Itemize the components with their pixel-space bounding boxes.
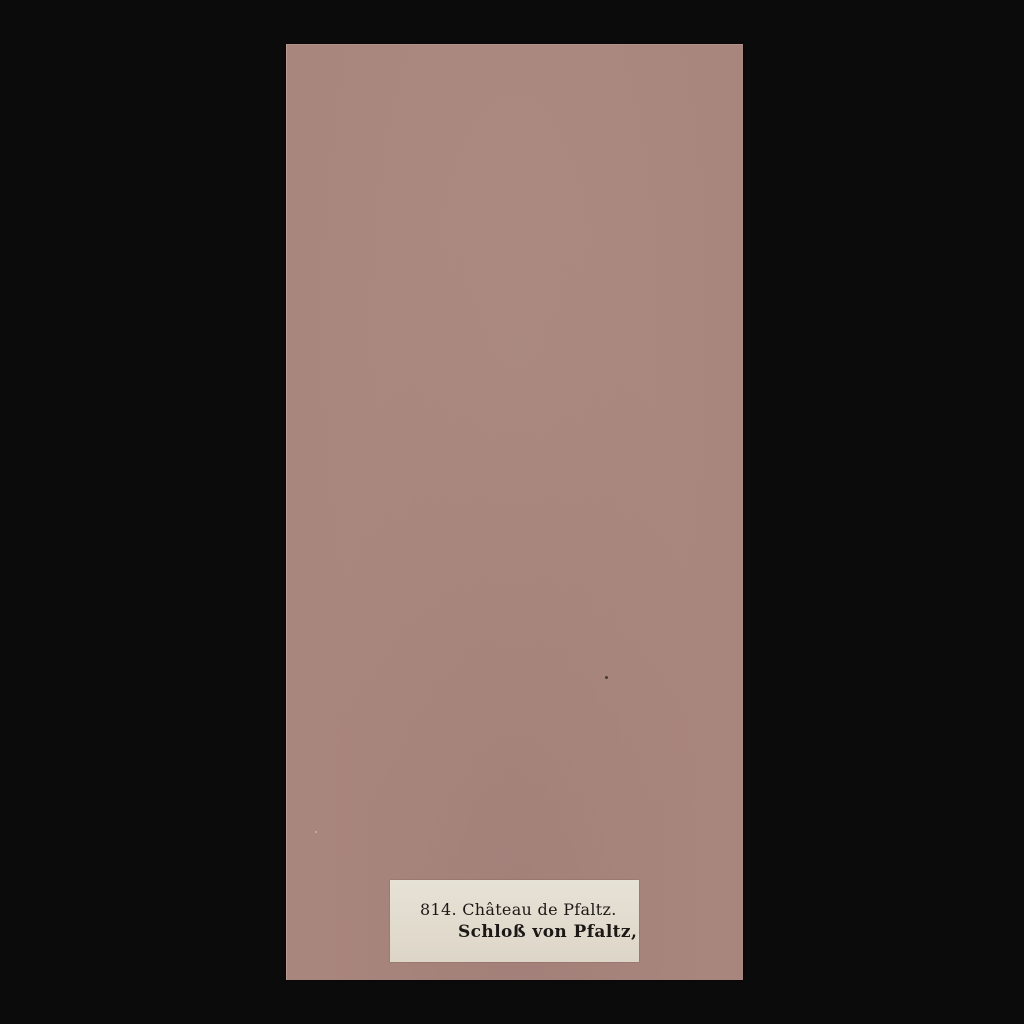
caption-german: Schloß von Pfaltz, — [458, 922, 637, 942]
paper-speck — [605, 676, 608, 679]
caption-french: 814. Château de Pfaltz. — [420, 900, 617, 919]
catalog-number: 814. — [420, 900, 457, 919]
card-back: 814. Château de Pfaltz. Schloß von Pfalt… — [286, 44, 743, 980]
french-title: Château de Pfaltz. — [462, 900, 616, 919]
dark-backdrop: 814. Château de Pfaltz. Schloß von Pfalt… — [0, 0, 1024, 1024]
paper-speck — [315, 831, 317, 833]
caption-label: 814. Château de Pfaltz. Schloß von Pfalt… — [390, 880, 639, 962]
